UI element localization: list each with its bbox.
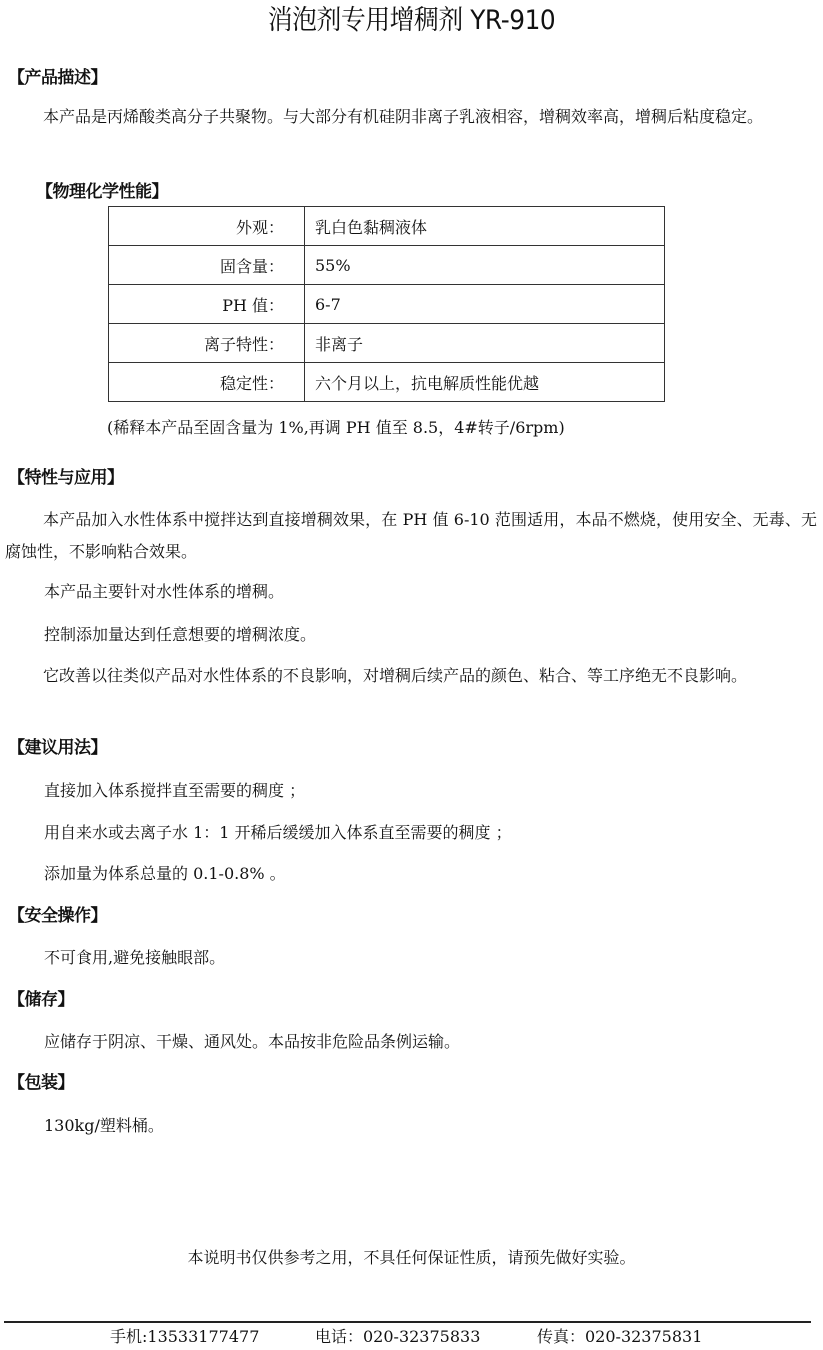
section-heading-packaging: 【包装】: [8, 1072, 74, 1094]
usage-step: 添加量为体系总量的 0.1-0.8% 。: [44, 864, 286, 884]
footer-mobile: 手机:13533177477: [110, 1327, 259, 1347]
footer-phone: 电话：020-32375833: [315, 1327, 480, 1347]
safety-text: 不可食用,避免接触眼部。: [44, 948, 225, 968]
features-paragraph: 本产品加入水性体系中搅拌达到直接增稠效果，在 PH 值 6-10 范围适用，本品…: [5, 504, 817, 568]
section-heading-storage: 【储存】: [8, 989, 74, 1011]
property-label: 固含量：: [109, 246, 305, 285]
features-paragraph: 控制添加量达到任意想要的增稠浓度。: [44, 625, 316, 645]
property-value: 乳白色黏稠液体: [305, 207, 665, 246]
table-row: 外观： 乳白色黏稠液体: [109, 207, 665, 246]
table-row: 固含量： 55%: [109, 246, 665, 285]
properties-table: 外观： 乳白色黏稠液体 固含量： 55% PH 值： 6-7 离子特性： 非离子…: [108, 206, 665, 402]
property-label: 离子特性：: [109, 324, 305, 363]
footer-divider: [4, 1321, 811, 1323]
section-heading-usage: 【建议用法】: [8, 737, 107, 759]
section-heading-description: 【产品描述】: [8, 67, 107, 89]
description-text: 本产品是丙烯酸类高分子共聚物。与大部分有机硅阴非离子乳液相容，增稠效率高，增稠后…: [5, 101, 817, 133]
property-label: 稳定性：: [109, 363, 305, 402]
storage-text: 应储存于阴凉、干燥、通风处。本品按非危险品条例运输。: [44, 1032, 460, 1052]
usage-step: 直接加入体系搅拌直至需要的稠度 ；: [44, 781, 305, 801]
property-label: PH 值：: [109, 285, 305, 324]
section-heading-properties: 【物理化学性能】: [36, 181, 168, 203]
usage-step: 用自来水或去离子水 1：1 开稀后缓缓加入体系直至需要的稠度 ；: [44, 823, 512, 843]
properties-note: (稀释本产品至固含量为 1%,再调 PH 值至 8.5，4#转子/6rpm): [107, 418, 565, 438]
table-row: 离子特性： 非离子: [109, 324, 665, 363]
table-row: PH 值： 6-7: [109, 285, 665, 324]
property-value: 非离子: [305, 324, 665, 363]
table-row: 稳定性： 六个月以上，抗电解质性能优越: [109, 363, 665, 402]
property-value: 55%: [305, 246, 665, 285]
section-heading-features: 【特性与应用】: [8, 467, 124, 489]
features-paragraph: 它改善以往类似产品对水性体系的不良影响，对增稠后续产品的颜色、粘合、等工序绝无不…: [5, 660, 817, 692]
features-paragraph: 本产品主要针对水性体系的增稠。: [44, 582, 284, 602]
footer-fax: 传真：020-32375831: [537, 1327, 702, 1347]
disclaimer: 本说明书仅供参考之用，不具任何保证性质，请预先做好实验。: [0, 1248, 823, 1268]
property-label: 外观：: [109, 207, 305, 246]
property-value: 6-7: [305, 285, 665, 324]
packaging-text: 130kg/塑料桶。: [44, 1116, 164, 1136]
document-title: 消泡剂专用增稠剂 YR-910: [33, 4, 790, 38]
section-heading-safety: 【安全操作】: [8, 905, 107, 927]
property-value: 六个月以上，抗电解质性能优越: [305, 363, 665, 402]
